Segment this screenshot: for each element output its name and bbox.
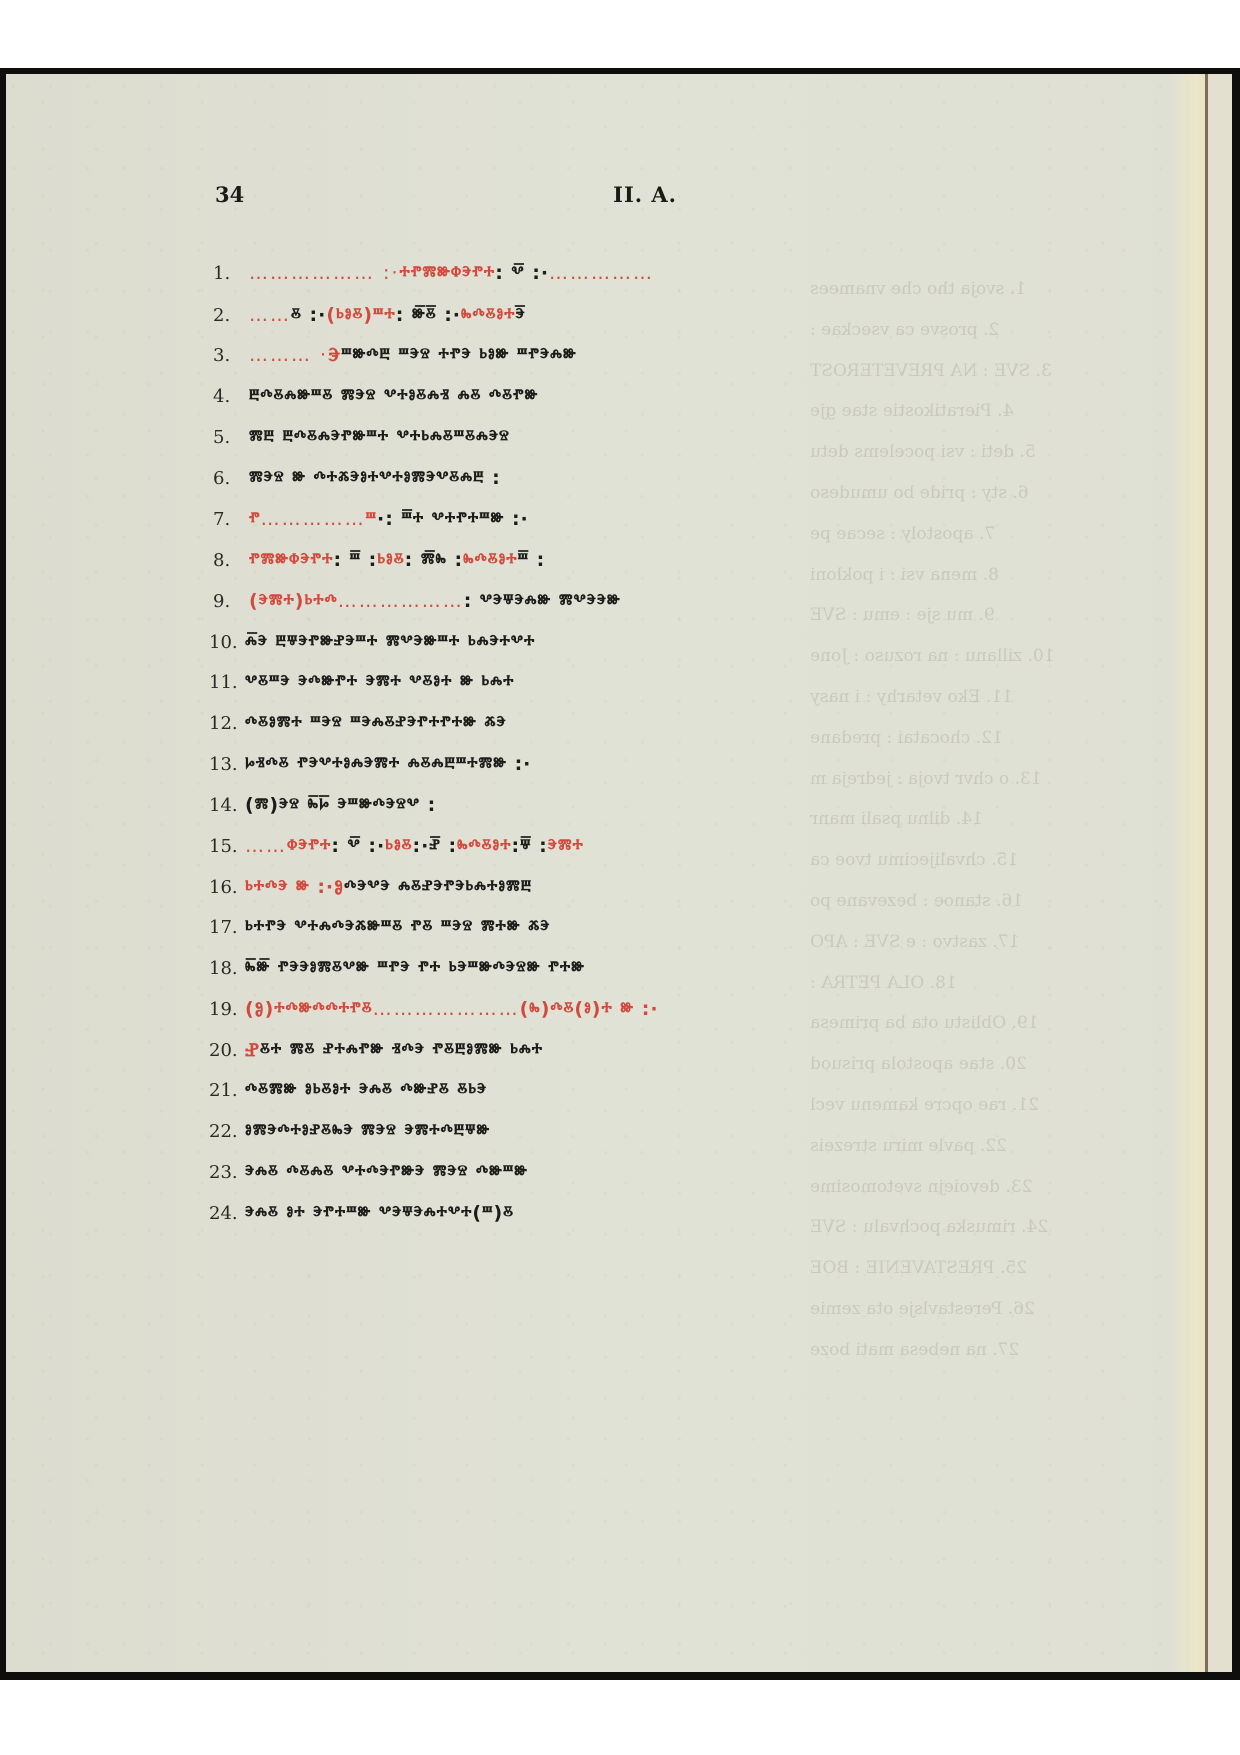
bleed-line: 4. Pieratikostie stae gje [810, 394, 1150, 435]
glagolitic-text: ⰵ̅ [516, 304, 526, 326]
bleed-line: 22. pavle miru strezeis [810, 1129, 1150, 1170]
rubric-text: ⱂ [249, 508, 261, 530]
glagolitic-text: ⰿⰵⱄ ⱆ ⰴⰰⰶⰵⱁⰰⰲⰰⱁⰿⰵⰲⰻⰾⰱ : [249, 467, 501, 489]
bleed-line: 21. rae opcre kamenu vecl [810, 1088, 1150, 1129]
line-number: 9. [213, 591, 249, 612]
rubric-text: (ⰵⰿⰰ)ⱃⰰⰴ [249, 590, 338, 612]
line-number: 4. [213, 386, 249, 407]
glagolitic-text: ⰵⰾⰻ ⰴⰻⰾⰻ ⰲⰰⰴⰵⱂⱆⰵ ⰿⰵⱄ ⰴⱆⱎⱆ [245, 1161, 528, 1183]
rubric-text: ⰸⰴⰻⱁⰰ [463, 549, 517, 571]
line-number: 24. [209, 1203, 245, 1224]
bleed-line: 12. chocatai : predane [810, 721, 1150, 762]
line-number: 11. [209, 672, 245, 693]
glagolitic-text: ⱎⱆⰴⰱ ⱎⰵⱄ ⰰⱂⰵ ⱃⱁⱆ ⱎⱂⰵⰾⱆ [341, 344, 577, 366]
lacuna-dots: ……… · [249, 344, 328, 366]
line-number: 22. [209, 1121, 245, 1142]
verse-line: 18.ⰸ̅ⱆ̅ ⱂⰵⰵⱁⰿⰻⰲⱆ ⱎⱂⰵ ⱂⰰ ⱃⰵⱎⱆⰴⰵⱄⱆ ⱂⰰⱆ [209, 957, 585, 991]
glagolitic-text: ⱎ̅ : [518, 549, 546, 571]
verse-line: 13.ⱈⱐⰴⰻ ⱂⰵⰲⰰⱁⰾⰵⰿⰰ ⰾⰻⰾⰱⱎⰰⰿⱆ :· [209, 753, 531, 787]
line-number: 21. [209, 1080, 245, 1101]
line-number: 20. [209, 1040, 245, 1061]
line-number: 13. [209, 754, 245, 775]
rubric-text: ⰰⱂⰿⱆⱇⰵⱂⰰ [399, 262, 495, 284]
verse-line: 20.Ⱀⰻⰰ ⰿⰻ ⱀⰰⰾⱂⱆ ⱐⰴⰵ ⱂⰻⰱⱁⰿⱆ ⱃⰾⰰ [209, 1039, 543, 1073]
verse-line: 16.ⱃⰰⰴⰵ ⱆ :· Ⱁⰴⰵⰲⰵ ⰾⰻⱀⰵⱂⰵⱃⰾⰰⱁⰿⰱ [209, 876, 532, 910]
bleed-line: 13. o chvr tvoja : jedreja m [810, 762, 1150, 803]
line-number: 19. [209, 999, 245, 1020]
verse-line: 22.ⱁⰿⰵⰴⰰⱁⱀⰻⰸⰵ ⰿⰵⱄ ⰵⰿⰰⰴⰱⱋⱆ [209, 1120, 490, 1154]
bleed-line: 10. zillanu : na rozuso : Jone [810, 639, 1150, 680]
verse-line: 21.ⰴⰻⰿⱆ ⱁⱃⰻⱁⰰ ⰵⰾⰻ ⰴⱆⱀⰻ ⰻⱃⰵ [209, 1079, 487, 1113]
rubric-text: ⰸⰴⰻⱁⰰ [457, 835, 511, 857]
rubric-text: ⱂⰿⱆⱇⰵⱂⰰ [249, 549, 333, 571]
glagolitic-text: ⰴⰵⰲⰵ ⰾⰻⱀⰵⱂⰵⱃⰾⰰⱁⰿⰱ [344, 876, 532, 898]
glagolitic-text: : ⰲⰵⱋⰵⰾⱆ ⰿⰲⰵⰵⱆ [464, 590, 621, 612]
rubric-text: (ⰸ)ⰴⰻ(ⱁ)ⰰ ⱆ :· [520, 998, 659, 1020]
line-number: 8. [213, 550, 249, 571]
glagolitic-text: ⰻ :· [291, 304, 326, 326]
line-number: 3. [213, 345, 249, 366]
verse-line: 2.……ⰻ :· (ⱃⱁⰻ)ⱎⰰ : ⱆ̅ⰻ̅ :· ⰸⰴⰻⱁⰰ ⰵ̅ [213, 304, 526, 338]
glagolitic-text: :ⱋ̅ : [512, 835, 548, 857]
glagolitic-text: ⱁⰿⰵⰴⰰⱁⱀⰻⰸⰵ ⰿⰵⱄ ⰵⰿⰰⰴⰱⱋⱆ [245, 1120, 490, 1142]
bleed-line: 2. prosve ca vseckae : [810, 313, 1150, 354]
verse-line: 10.ⰾ̅ⰵ ⰱⱋⰵⱂⱆⱀⰵⱎⰰ ⰿⰲⰵⱆⱎⰰ ⱃⰾⰵⰰⰲⰰ [209, 631, 535, 665]
page-gutter-shade [1172, 74, 1206, 1672]
verse-line: 7.ⱂ……………ⱎ ·: ⱎ̅ⰰ ⰲⰰⱂⰰⱎⱆ :· [213, 508, 529, 542]
bleed-line: 20. stae apostola prisuod [810, 1047, 1150, 1088]
lacuna-dots: …… [245, 835, 287, 857]
section-title: II. A. [613, 182, 677, 207]
bleed-line: 1. svoja tho che vnamees [810, 272, 1150, 313]
glagolitic-text: ·: ⱎ̅ⰰ ⰲⰰⱂⰰⱎⱆ :· [377, 508, 529, 530]
rubric-text: ⰸⰴⰻⱁⰰ [461, 304, 515, 326]
rubric-text: ⱎ [366, 508, 377, 530]
glagolitic-text: ⱃⰰⱂⰵ ⰲⰰⰾⰴⰵⰶⱆⱎⰻ ⱂⰻ ⱎⰵⱄ ⰿⰰⱆ ⰶⰵ [245, 916, 550, 938]
verse-line: 14.(ⰿ)ⰵⱄ ⰸ̅ⱈ̅ ⰵⱎⱆⰴⰵⱄⰲ : [209, 794, 436, 828]
lacuna-dots: …… [249, 304, 291, 326]
line-number: 5. [213, 427, 249, 448]
verse-line: 1.……………… :· ⰰⱂⰿⱆⱇⰵⱂⰰ : ⰲ̅ :· …………… [213, 262, 654, 296]
verse-line: 6.ⰿⰵⱄ ⱆ ⰴⰰⰶⰵⱁⰰⰲⰰⱁⰿⰵⰲⰻⰾⰱ : [213, 467, 501, 501]
line-number: 18. [209, 958, 245, 979]
verse-line: 12.ⰴⰻⱁⰿⰰ ⱎⰵⱄ ⱎⰵⰾⰻⱀⰵⱂⰰⱂⰰⱆ ⰶⰵ [209, 712, 507, 746]
verse-line: 15.……ⱇⰵⱂⰰ : ⰲ̅ :· ⱃⱁⰻ :·ⱀ̅ : ⰸⰴⰻⱁⰰ :ⱋ̅ :… [209, 835, 584, 869]
lacuna-dots: ……………… :· [249, 262, 399, 284]
glagolitic-text: : ⰲ̅ :· [495, 262, 549, 284]
verse-line: 19.(Ⱁ)ⰰⰴⱆⰴⰴⰰⱂⰻ…………………(ⰸ)ⰴⰻ(ⱁ)ⰰ ⱆ :· [209, 998, 659, 1032]
verse-line: 11.ⰲⰻⱎⰵ ⰵⰴⱆⱂⰰ ⰵⰿⰰ ⰲⰻⱁⰰ ⱆ ⱃⰾⰰ [209, 671, 514, 705]
glagolitic-text: : ⰿ̅ⰸ : [405, 549, 464, 571]
bleed-line: 3. SVE : NA PREVETEROST [810, 354, 1150, 395]
line-number: 1. [213, 263, 249, 284]
line-number: 12. [209, 713, 245, 734]
line-number: 6. [213, 468, 249, 489]
verse-line: 23.ⰵⰾⰻ ⰴⰻⰾⰻ ⰲⰰⰴⰵⱂⱆⰵ ⰿⰵⱄ ⰴⱆⱎⱆ [209, 1161, 528, 1195]
line-number: 10. [209, 632, 245, 653]
line-number: 7. [213, 509, 249, 530]
glagolitic-text: ⰾ̅ⰵ ⰱⱋⰵⱂⱆⱀⰵⱎⰰ ⰿⰲⰵⱆⱎⰰ ⱃⰾⰵⰰⰲⰰ [245, 631, 535, 653]
bleed-line: 5. deti : vsi pocelems detu [810, 435, 1150, 476]
glagolitic-text: ⰲⰻⱎⰵ ⰵⰴⱆⱂⰰ ⰵⰿⰰ ⰲⰻⱁⰰ ⱆ ⱃⰾⰰ [245, 671, 514, 693]
glagolitic-text: (ⰿ)ⰵⱄ ⰸ̅ⱈ̅ ⰵⱎⱆⰴⰵⱄⰲ : [245, 794, 436, 816]
bleed-line: 19. Oblistu ota ba primesa [810, 1006, 1150, 1047]
bleed-line: 23. devoiejn svetomosime [810, 1170, 1150, 1211]
bleed-line: 6. sty : pride bo umudeso [810, 476, 1150, 517]
bleed-line: 14. dilnu psali manr [810, 802, 1150, 843]
rubric-text: Ⰵ [328, 344, 341, 366]
bleed-line: 27. na nebesa mati boze [810, 1333, 1150, 1374]
lacuna-dots: ……………… [338, 590, 464, 612]
lacuna-dots: …………… [261, 508, 366, 530]
bleed-line: 18. OLA PETRA : [810, 966, 1150, 1007]
glagolitic-text: : ⱎ̅ : [333, 549, 377, 571]
bleed-line: 7. apostoly : secae pe [810, 517, 1150, 558]
next-page-edge [1208, 74, 1232, 1672]
rubric-text: (Ⱁ)ⰰⰴⱆⰴⰴⰰⱂⰻ [245, 998, 373, 1020]
line-number: 23. [209, 1162, 245, 1183]
glagolitic-text: ⰿⰱ ⰱⰴⰻⰾⰵⱂⱆⱎⰰ ⰲⰰⱃⰾⰻⱎⰻⰾⰵⱄ [249, 426, 510, 448]
line-number: 15. [209, 836, 245, 857]
bleed-through-text: 1. svoja tho che vnamees2. prosve ca vse… [810, 272, 1150, 1374]
rubric-text: Ⱀ [245, 1039, 260, 1061]
glagolitic-text: ⰴⰻⰿⱆ ⱁⱃⰻⱁⰰ ⰵⰾⰻ ⰴⱆⱀⰻ ⰻⱃⰵ [245, 1079, 487, 1101]
bleed-line: 11. Eko vetarhy : i nasy [810, 680, 1150, 721]
glagolitic-text: ⱈⱐⰴⰻ ⱂⰵⰲⰰⱁⰾⰵⰿⰰ ⰾⰻⰾⰱⱎⰰⰿⱆ :· [245, 753, 531, 775]
verse-line: 8.ⱂⰿⱆⱇⰵⱂⰰ : ⱎ̅ : ⱃⱁⰻ : ⰿ̅ⰸ :ⰸⰴⰻⱁⰰ ⱎ̅ : [213, 549, 545, 583]
rubric-text: Ⱁ [334, 876, 344, 898]
bleed-line: 25. PRESTAVENIE : BOE [810, 1251, 1150, 1292]
verse-line: 17.ⱃⰰⱂⰵ ⰲⰰⰾⰴⰵⰶⱆⱎⰻ ⱂⰻ ⱎⰵⱄ ⰿⰰⱆ ⰶⰵ [209, 916, 550, 950]
rubric-text: ⱃⰰⰴⰵ ⱆ :· [245, 876, 334, 898]
bleed-line: 26. Perestavlsje ota zemie [810, 1292, 1150, 1333]
rubric-text: (ⱃⱁⰻ)ⱎⰰ [326, 304, 395, 326]
line-number: 17. [209, 917, 245, 938]
verse-line: 3.……… · Ⰵⱎⱆⰴⰱ ⱎⰵⱄ ⰰⱂⰵ ⱃⱁⱆ ⱎⱂⰵⰾⱆ [213, 344, 577, 378]
bleed-line: 24. rimuska pochvalu : SVE [810, 1210, 1150, 1251]
glagolitic-text: : ⱆ̅ⰻ̅ :· [396, 304, 461, 326]
verse-line: 9.(ⰵⰿⰰ)ⱃⰰⰴ……………… : ⰲⰵⱋⰵⰾⱆ ⰿⰲⰵⰵⱆ [213, 590, 621, 624]
lacuna-dots: …………… [549, 262, 654, 284]
bleed-line: 8. mena vsi : i pokloni [810, 558, 1150, 599]
bleed-line: 9. mu sje : emu : SVE [810, 598, 1150, 639]
bleed-line: 17. zastvo : e SVE : APO [810, 925, 1150, 966]
bleed-line: 15. chvalijecimu tvoe ca [810, 843, 1150, 884]
rubric-text: ⰵⰿⰰ [548, 835, 584, 857]
glagolitic-text: ⰱⰴⰻⰾⱆⱎⰻ ⰿⰵⱄ ⰲⰰⱁⰻⰾⱐ ⰾⰻ ⰴⰻⱂⱆ [249, 385, 538, 407]
glagolitic-text: ⰴⰻⱁⰿⰰ ⱎⰵⱄ ⱎⰵⰾⰻⱀⰵⱂⰰⱂⰰⱆ ⰶⰵ [245, 712, 507, 734]
glagolitic-text: :·ⱀ̅ : [413, 835, 458, 857]
line-number: 16. [209, 877, 245, 898]
rubric-text: ⱇⰵⱂⰰ [287, 835, 331, 857]
line-number: 14. [209, 795, 245, 816]
verse-line: 24.ⰵⰾⰻ ⱁⰰ ⰵⱂⰰⱎⱆ ⰲⰵⱋⰵⰾⰰⰲⰰ(ⱎ)ⰻ [209, 1202, 514, 1236]
glagolitic-text: ⰸ̅ⱆ̅ ⱂⰵⰵⱁⰿⰻⰲⱆ ⱎⱂⰵ ⱂⰰ ⱃⰵⱎⱆⰴⰵⱄⱆ ⱂⰰⱆ [245, 957, 585, 979]
lacuna-dots: ………………… [373, 998, 520, 1020]
rubric-text: ⱃⱁⰻ [377, 549, 404, 571]
verse-line: 5.ⰿⰱ ⰱⰴⰻⰾⰵⱂⱆⱎⰰ ⰲⰰⱃⰾⰻⱎⰻⰾⰵⱄ [213, 426, 510, 460]
glagolitic-text: ⰵⰾⰻ ⱁⰰ ⰵⱂⰰⱎⱆ ⰲⰵⱋⰵⰾⰰⰲⰰ(ⱎ)ⰻ [245, 1202, 514, 1224]
page-number: 34 [215, 182, 244, 207]
bleed-line: 16. stanoe : bezevane po [810, 884, 1150, 925]
rubric-text: ⱃⱁⰻ [385, 835, 412, 857]
glagolitic-text: : ⰲ̅ :· [331, 835, 385, 857]
verse-line: 4.ⰱⰴⰻⰾⱆⱎⰻ ⰿⰵⱄ ⰲⰰⱁⰻⰾⱐ ⰾⰻ ⰴⰻⱂⱆ [213, 385, 538, 419]
glagolitic-text: ⰻⰰ ⰿⰻ ⱀⰰⰾⱂⱆ ⱐⰴⰵ ⱂⰻⰱⱁⰿⱆ ⱃⰾⰰ [260, 1039, 543, 1061]
line-number: 2. [213, 305, 249, 326]
